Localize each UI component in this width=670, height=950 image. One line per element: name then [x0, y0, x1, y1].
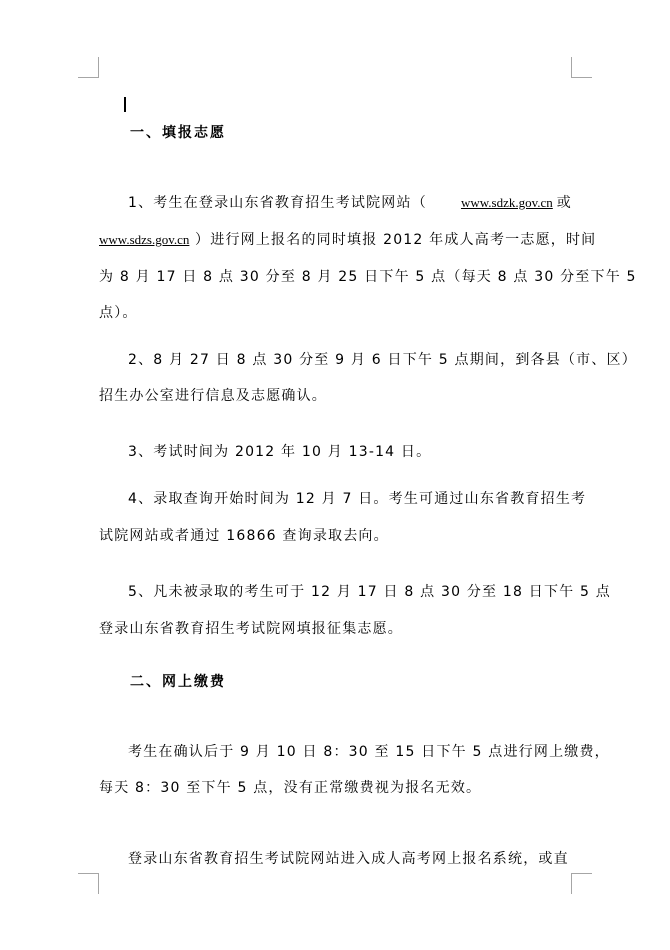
text: 或: [557, 195, 572, 211]
page-corner-mark-top-right-v: [571, 57, 572, 78]
paragraph-line: 3、考试时间为 2012 年 10 月 13-14 日。: [128, 443, 431, 461]
paragraph-line: 为 8 月 17 日 8 点 30 分至 8 月 25 日下午 5 点（每天 8…: [99, 268, 637, 286]
paragraph-line: 试院网站或者通过 16866 查询录取去向。: [99, 527, 389, 545]
text-cursor: [124, 97, 126, 112]
page-corner-mark-bottom-left-h: [78, 873, 99, 874]
paragraph-line: 4、录取查询开始时间为 12 月 7 日。考生可通过山东省教育招生考: [128, 490, 586, 508]
page-corner-mark-top-left-h: [78, 77, 99, 78]
link-sdzs[interactable]: www.sdzs.gov.cn: [99, 232, 189, 247]
page-corner-mark-top-left-v: [98, 57, 99, 78]
section-heading: 一、填报志愿: [130, 124, 226, 142]
paragraph-line: 招生办公室进行信息及志愿确认。: [99, 387, 327, 405]
paragraph-line: 5、凡未被录取的考生可于 12 月 17 日 8 点 30 分至 18 日下午 …: [128, 583, 611, 601]
text: 1、考生在登录山东省教育招生考试院网站（: [128, 194, 427, 212]
paragraph-line: 2、8 月 27 日 8 点 30 分至 9 月 6 日下午 5 点期间，到各县…: [128, 351, 637, 369]
page-corner-mark-bottom-left-v: [98, 873, 99, 894]
paragraph-line: 点）。: [99, 304, 138, 322]
paragraph-line: 登录山东省教育招生考试院网填报征集志愿。: [99, 620, 403, 638]
page-corner-mark-bottom-right-v: [571, 873, 572, 894]
page-corner-mark-top-right-h: [571, 77, 592, 78]
link-sdzk[interactable]: www.sdzk.gov.cn: [461, 195, 553, 210]
paragraph-line: 登录山东省教育招生考试院网站进入成人高考网上报名系统，或直: [128, 850, 569, 868]
paragraph-line: www.sdzs.gov.cn ）进行网上报名的同时填报 2012 年成人高考一…: [99, 231, 596, 249]
paragraph-line: 1、考生在登录山东省教育招生考试院网站（ www.sdzk.gov.cn或: [128, 194, 572, 212]
text: ）进行网上报名的同时填报 2012 年成人高考一志愿，时间: [195, 232, 596, 248]
page-corner-mark-bottom-right-h: [571, 873, 592, 874]
section-heading: 二、网上缴费: [130, 673, 226, 691]
paragraph-line: 每天 8：30 至下午 5 点，没有正常缴费视为报名无效。: [99, 779, 481, 797]
paragraph-line: 考生在确认后于 9 月 10 日 8：30 至 15 日下午 5 点进行网上缴费…: [128, 743, 610, 761]
